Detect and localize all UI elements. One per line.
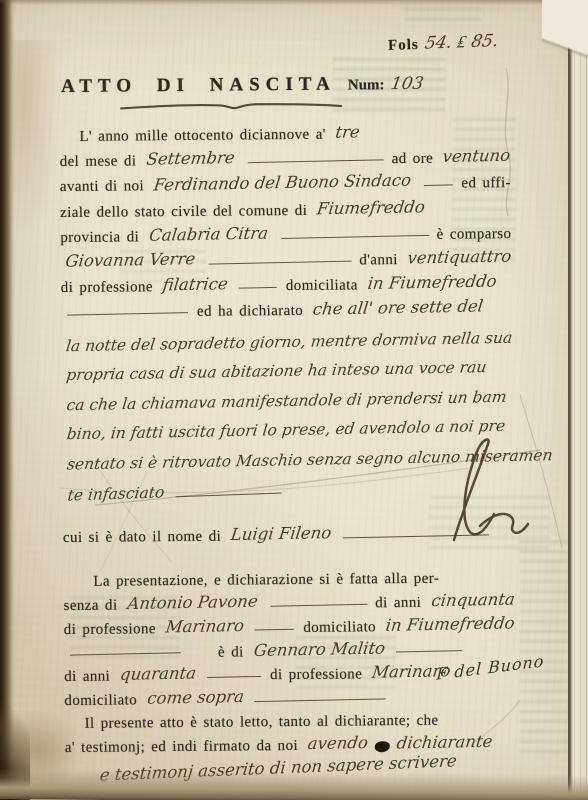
handwritten-text: Settembre [145, 146, 236, 172]
printed-text: di anni [375, 592, 421, 615]
ink-rule-fill [245, 151, 385, 165]
ink-rule [205, 667, 263, 680]
handwritten-text: Fiumefreddo [316, 195, 427, 221]
page-stack-edge [568, 0, 588, 800]
printed-text: è comparso [436, 222, 511, 247]
handwritten-text: come sopra [146, 686, 245, 711]
handwritten-text: Giovanna Verre [64, 247, 197, 274]
handwritten-text: quaranta [119, 663, 198, 687]
printed-text: L' anno mille ottocento diciannove a' [79, 123, 326, 149]
printed-text: d'anni [359, 248, 398, 273]
handwritten-text: tre [334, 120, 361, 145]
ink-rule-fill [422, 175, 455, 188]
handwritten-text: ventiquattro [406, 245, 513, 271]
printed-text: senza di [63, 594, 117, 617]
ink-rule [65, 303, 190, 317]
handwritten-text: Marinaro [164, 615, 245, 639]
folio-annotation: Fols 54. ₤ 85. [388, 31, 499, 55]
ink-rule-fill [206, 252, 353, 266]
show-through-text [520, 540, 568, 760]
printed-text: La presentazione, e dichiarazione si è f… [93, 568, 439, 594]
handwritten-text: Calabria Citra [148, 221, 270, 248]
handwritten-text: cinquanta [430, 589, 516, 613]
record-number-label: Num: [348, 77, 385, 94]
printed-text: di professione [64, 618, 156, 642]
blank-space [190, 655, 218, 656]
printed-text: Il presente atto è stato letto, tanto al… [84, 710, 438, 736]
record-number-value: 103 [389, 74, 425, 94]
document-line: ed ha dichiaratoche all' ore sette del [61, 296, 517, 325]
ink-rule [394, 641, 464, 654]
printed-text: avanti di noi [60, 175, 144, 200]
printed-text: ziale dello stato civile del comune di [60, 198, 307, 224]
notary-paraph-flourish [424, 428, 544, 558]
page-bottom-edge [0, 769, 588, 800]
printed-text: a' testimonj; ed indi firmato da noi [65, 735, 298, 760]
page-corner-fold [542, 0, 588, 96]
printed-text: domiciliato [303, 616, 376, 639]
printed-text: del mese di [60, 150, 137, 175]
folio-label: Fols [388, 37, 419, 55]
handwritten-text: in Fiumefreddo [385, 612, 517, 637]
book-binding-edge [0, 0, 15, 800]
handwritten-text: Gennaro Malito [252, 637, 386, 662]
printed-text: di professione [61, 275, 153, 300]
section-opening: L' anno mille ottocento diciannove a'tre… [59, 120, 517, 326]
ink-blot [375, 741, 390, 752]
folio-value: 54. ₤ 85. [423, 31, 500, 54]
handwritten-text: in Fiumefreddo [366, 270, 498, 297]
handwritten-text: Luigi Fileno [230, 521, 333, 547]
handwritten-text: Ferdinando del Buono Sindaco [152, 169, 412, 198]
printed-text: ed ha dichiarato [197, 299, 303, 324]
title-ornament-rule [115, 98, 347, 112]
printed-text: è di [218, 641, 244, 664]
handwritten-text: Antonio Pavone [126, 591, 259, 616]
ink-rule [237, 278, 279, 291]
ink-rule-fill [268, 595, 369, 609]
birth-record-scan-page: Fols 54. ₤ 85. ATTO DI NASCITA Num: 103 … [0, 0, 588, 800]
document-title-row: ATTO DI NASCITA Num: 103 [61, 72, 515, 98]
ink-rule [253, 690, 388, 704]
page-title: ATTO DI NASCITA [61, 74, 336, 98]
show-through-text [404, 8, 482, 28]
page-top-edge [0, 0, 588, 5]
handwritten-text: filatrice [161, 272, 229, 297]
printed-text: di professione [270, 664, 362, 688]
handwritten-text: avendo [307, 732, 370, 756]
printed-text: domiciliato [64, 690, 137, 713]
printed-text: domiciliata [286, 274, 358, 299]
ink-rule [68, 644, 183, 658]
handwritten-text: te infasciato [66, 478, 166, 511]
printed-text: di anni [64, 666, 110, 689]
ink-rule [253, 619, 296, 632]
printed-text: cui si è dato il nome di [63, 525, 221, 550]
ink-rule [173, 483, 283, 498]
paper-stain [10, 40, 60, 240]
handwritten-text: che all' ore sette del [312, 295, 485, 322]
handwritten-text: ventuno [442, 144, 513, 170]
printed-text: provincia di [60, 225, 139, 250]
printed-text: ed uffi- [461, 171, 511, 196]
ink-rule-fill [279, 226, 431, 240]
